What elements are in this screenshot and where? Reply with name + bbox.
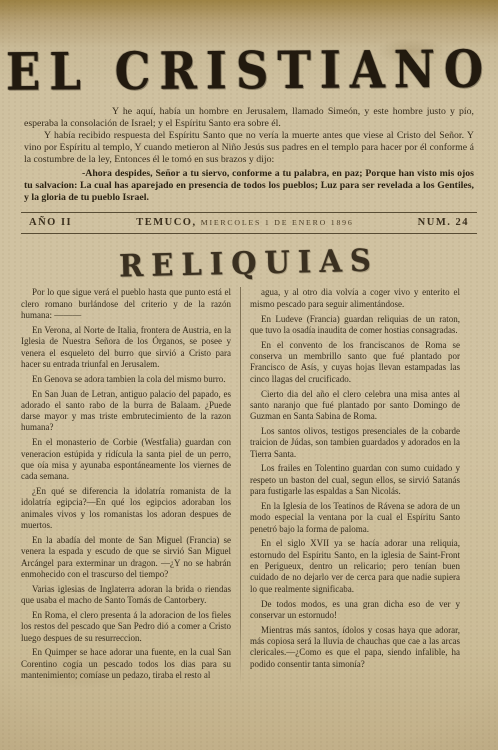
- article-paragraph: Cierto dia del año el clero celebra una …: [250, 389, 460, 423]
- article-paragraph: En San Juan de Letran, antiguo palacio d…: [21, 389, 231, 434]
- intro-paragraph: Y había recibido respuesta del Espíritu …: [24, 130, 474, 166]
- year-label: AÑO II: [29, 217, 72, 228]
- article-body: Por lo que sigue verá el pueblo hasta qu…: [21, 287, 477, 685]
- newspaper-page: EL CRISTIANO Y he aquí, había un hombre …: [0, 0, 498, 750]
- article-column-right: agua, y al otro dia volvía a coger vivo …: [241, 287, 460, 685]
- article-paragraph: En el siglo XVII ya se hacía adorar una …: [250, 538, 460, 595]
- article-paragraph: En la Iglesia de los Teatinos de Rávena …: [250, 501, 460, 535]
- article-paragraph: agua, y al otro dia volvía a coger vivo …: [250, 287, 460, 310]
- article-paragraph: Varias iglesias de Inglaterra adoran la …: [21, 584, 231, 607]
- article-title: RELIQUIAS: [0, 243, 498, 285]
- scripture-intro: Y he aquí, había un hombre en Jerusalem,…: [24, 106, 474, 204]
- article-paragraph: En Ludeve (Francia) guardan reliquias de…: [250, 314, 460, 337]
- article-paragraph: Por lo que sigue verá el pueblo hasta qu…: [21, 287, 231, 321]
- article-paragraph: Los santos olivos, testigos presenciales…: [250, 426, 460, 460]
- article-column-left: Por lo que sigue verá el pueblo hasta qu…: [21, 287, 240, 685]
- dateline-place: TEMUCO,: [136, 217, 196, 228]
- dateline: AÑO II TEMUCO, MIERCOLES 1 DE ENERO 1896…: [21, 212, 477, 234]
- masthead-area: EL CRISTIANO: [0, 0, 498, 93]
- article-paragraph: En Genova se adora tambien la cola del m…: [21, 374, 231, 385]
- article-paragraph: De todos modos, es una gran dicha eso de…: [250, 599, 460, 622]
- article-paragraph: Mientras más santos, ídolos y cosas haya…: [250, 625, 460, 670]
- article-paragraph: Los frailes en Tolentino guardan con sum…: [250, 463, 460, 497]
- article-paragraph: En Roma, el clero presenta á la adoracio…: [21, 610, 231, 644]
- article-paragraph: En el convento de los franciscanos de Ro…: [250, 340, 460, 385]
- dateline-date: MIERCOLES 1 DE ENERO 1896: [201, 218, 354, 227]
- article-paragraph: En Verona, al Norte de Italia, frontera …: [21, 325, 231, 370]
- intro-paragraph: Y he aquí, había un hombre en Jerusalem,…: [24, 106, 474, 130]
- article-paragraph: En la abadía del monte de San Miguel (Fr…: [21, 535, 231, 580]
- issue-number: NUM. 24: [418, 217, 469, 228]
- masthead-title: EL CRISTIANO: [6, 43, 492, 97]
- article-paragraph: En el monasterio de Corbie (Westfalia) g…: [21, 437, 231, 482]
- article-paragraph: ¿En qué se diferencia la idolatría roman…: [21, 486, 231, 531]
- dateline-center: TEMUCO, MIERCOLES 1 DE ENERO 1896: [136, 217, 353, 228]
- intro-paragraph: -Ahora despides, Señor a tu siervo, conf…: [24, 168, 474, 204]
- article-paragraph: En Quimper se hace adorar una fuente, en…: [21, 647, 231, 681]
